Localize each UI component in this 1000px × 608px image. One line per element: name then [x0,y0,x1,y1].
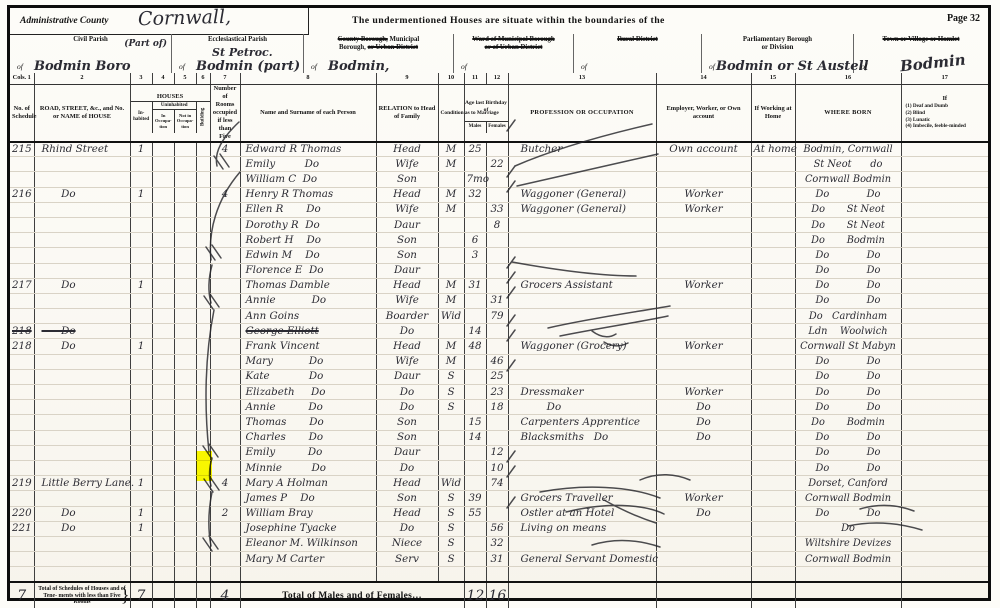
cell-col-15 [751,157,795,172]
cell-col-4 [152,263,174,278]
cell-col-8: George Elliott [240,324,376,339]
cell-col-2 [34,552,130,567]
town-village-of: of [861,62,867,71]
header-relation: RELATION to Head of Family [376,84,438,142]
cell-col-8: Florence E Do [240,263,376,278]
cell-col-13 [508,354,656,369]
cell-col-13 [508,460,656,475]
cell-col-1 [10,567,34,582]
cell-col-13 [508,217,656,232]
table-row: Kate DoDaurS25Do Do [10,369,988,384]
header-schedule-no: No. of Schedule [10,84,34,142]
cell-col-7 [210,521,240,536]
cell-col-10 [438,248,464,263]
cell-col-5 [174,506,196,521]
cell-col-14 [656,460,751,475]
cell-col-3 [130,324,152,339]
header-inhabited: In-habited [131,102,152,133]
municipal-borough-label-line2: Borough, or Urban District [304,44,453,52]
cell-col-6 [196,157,210,172]
cell-col-10: S [438,536,464,551]
header-name-surname: Name and Surname of each Person [240,84,376,142]
cell-col-12: 23 [486,385,508,400]
cell-col-1 [10,369,34,384]
cell-empty [751,582,795,608]
cell-col-9: Head [376,278,438,293]
cell-col-16: Do St Neot [795,217,901,232]
cell-col-8: Frank Vincent [240,339,376,354]
cell-col-8: Ann Goins [240,309,376,324]
cell-col-6 [196,536,210,551]
cell-col-16: Cornwall Bodmin [795,552,901,567]
col-number: 3 [130,73,152,84]
cell-col-9: Son [376,248,438,263]
cell-col-13 [508,536,656,551]
district-cell-town-village: Town or Village or Hamlet of Bodmin [854,34,988,73]
table-row: Mary DoWifeM46Do Do [10,354,988,369]
cell-col-14 [656,445,751,460]
cell-col-7 [210,172,240,187]
cell-col-6 [196,187,210,202]
cell-col-15 [751,309,795,324]
census-sheet-scan: { "header": { "admin_label": "Administra… [0,0,1000,608]
cell-col-7 [210,157,240,172]
cell-col-4 [152,217,174,232]
table-row: Eleanor M. WilkinsonNieceS32Wiltshire De… [10,536,988,551]
cell-col-5 [174,157,196,172]
cell-col-3 [130,369,152,384]
cell-col-8: Thomas Damble [240,278,376,293]
cell-col-15 [751,339,795,354]
cell-col-6 [196,142,210,157]
cell-col-10: M [438,157,464,172]
scan-background: Administrative County Cornwall, The unde… [0,0,1000,608]
cell-col-4 [152,202,174,217]
civil-parish-of: of [17,62,23,71]
cell-col-6 [196,400,210,415]
table-row: 217 Do1Thomas DambleHeadM31Grocers Assis… [10,278,988,293]
cell-col-3 [130,445,152,460]
cell-col-16: Dorset, Canford [795,476,901,491]
cell-col-3 [130,293,152,308]
cell-col-13 [508,567,656,582]
table-row: 220 Do12William BrayHeadS55Ostler at an … [10,506,988,521]
ward-of: of [461,62,467,71]
cell-col-6 [196,324,210,339]
cell-col-17 [901,293,988,308]
cell-col-5 [174,536,196,551]
cell-col-1 [10,217,34,232]
cell-col-11 [464,202,486,217]
cell-col-13: Do [508,400,656,415]
cell-col-17 [901,415,988,430]
cell-col-9: Niece [376,536,438,551]
cell-col-9 [376,567,438,582]
district-cell-parliamentary-borough: Parliamentary Borough or Division of Bod… [702,34,854,73]
administrative-county-box: Administrative County Cornwall, [10,8,309,35]
cell-col-15 [751,415,795,430]
header-uninhabited-group: Uninhabited In Occupa-tion Not in Occupa… [152,102,196,133]
header-working-at-home: If Working at Home [751,84,795,142]
cell-col-13 [508,369,656,384]
census-table: Cols. 1234567891011121314151617 No. of S… [10,73,988,608]
cell-col-10 [438,324,464,339]
cell-col-4 [152,293,174,308]
cell-col-4 [152,415,174,430]
cell-col-7 [210,309,240,324]
cell-col-15 [751,552,795,567]
cell-col-11: 25 [464,142,486,157]
cell-col-6 [196,369,210,384]
cell-col-9: Son [376,415,438,430]
cell-col-5 [174,233,196,248]
cell-col-9: Daur [376,217,438,232]
cell-col-12 [486,263,508,278]
cell-col-9: Wife [376,293,438,308]
cell-col-9: Head [376,142,438,157]
cell-col-6 [196,202,210,217]
cell-col-13 [508,157,656,172]
cell-col-7 [210,354,240,369]
cell-col-11: 31 [464,278,486,293]
cell-col-12: 22 [486,157,508,172]
cell-col-10: S [438,385,464,400]
cell-col-8: William C Do [240,172,376,187]
table-row: Thomas DoSon15Carpenters ApprenticeDoDo … [10,415,988,430]
cell-col-6 [196,248,210,263]
cell-col-1 [10,354,34,369]
cell-col-11 [464,476,486,491]
cell-col-4 [152,400,174,415]
cell-col-11: 7mo [464,172,486,187]
cell-col-12 [486,248,508,263]
cell-col-2: Do [34,521,130,536]
cell-col-2 [34,202,130,217]
cell-col-5 [174,217,196,232]
cell-col-4 [152,491,174,506]
col-number: 12 [486,73,508,84]
cell-col-7 [210,445,240,460]
cell-col-7 [210,400,240,415]
cell-col-6 [196,385,210,400]
total-females-value: 16 [486,582,508,608]
col-number: 10 [438,73,464,84]
ecclesiastical-parish-of: of [179,62,185,71]
cell-col-17 [901,263,988,278]
cell-col-3 [130,552,152,567]
cell-col-11: 48 [464,339,486,354]
header-profession: PROFESSION OR OCCUPATION [508,84,656,142]
cell-col-9: Do [376,324,438,339]
infirmity-item: (4) Imbecile, feeble-minded [906,123,987,130]
district-cell-ward: Ward of Municipal Borough or of Urban Di… [454,34,574,73]
cell-col-14 [656,552,751,567]
cell-col-15 [751,354,795,369]
cell-col-8: Mary A Holman [240,476,376,491]
cell-col-17 [901,172,988,187]
cell-col-15 [751,476,795,491]
cell-col-14 [656,476,751,491]
cell-col-5 [174,385,196,400]
cell-col-12: 25 [486,369,508,384]
cell-col-16: Wiltshire Devizes [795,536,901,551]
cell-col-1: 218 [10,324,34,339]
total-rooms-value: 4 [210,582,240,608]
cell-col-16: Do Do [795,385,901,400]
cell-col-8: Robert H Do [240,233,376,248]
municipal-word: Municipal [389,36,419,43]
cell-col-9: Wife [376,202,438,217]
cell-col-16: Do St Neot [795,202,901,217]
cell-col-2 [34,415,130,430]
cell-col-1: 216 [10,187,34,202]
cell-col-7 [210,369,240,384]
cell-col-6 [196,430,210,445]
col-number: 11 [464,73,486,84]
cell-col-2 [34,293,130,308]
cell-col-13 [508,233,656,248]
cell-col-7 [210,552,240,567]
table-row: 219Little Berry Lane.14Mary A HolmanHead… [10,476,988,491]
cell-col-4 [152,142,174,157]
rural-district-label: Rural District [574,36,701,44]
cell-col-4 [152,476,174,491]
cell-col-6 [196,278,210,293]
cell-col-4 [152,521,174,536]
cell-col-5 [174,491,196,506]
cell-empty [174,582,196,608]
cell-col-1 [10,248,34,263]
cell-col-10: M [438,187,464,202]
cell-col-6 [196,233,210,248]
cell-col-17 [901,460,988,475]
cell-col-8: Mary M Carter [240,552,376,567]
cell-col-10: M [438,354,464,369]
cell-col-10: S [438,400,464,415]
cell-col-5 [174,278,196,293]
cell-col-3 [130,415,152,430]
cell-col-17 [901,385,988,400]
cell-col-10: S [438,491,464,506]
cell-col-1 [10,400,34,415]
municipal-borough-of: of [311,62,317,71]
cell-col-11: 39 [464,491,486,506]
cell-col-8: Thomas Do [240,415,376,430]
cell-col-4 [152,567,174,582]
cell-col-17 [901,233,988,248]
table-row: Florence E DoDaurDo Do [10,263,988,278]
cell-col-7: 2 [210,506,240,521]
district-cell-municipal-borough: County Borough, Municipal Borough, or Ur… [304,34,454,73]
cell-col-9: Head [376,187,438,202]
cell-col-17 [901,400,988,415]
cell-col-8: Henry R Thomas [240,187,376,202]
cell-col-6 [196,309,210,324]
cell-empty [901,582,988,608]
cell-col-17 [901,354,988,369]
cell-col-9: Son [376,172,438,187]
cell-col-17 [901,202,988,217]
cell-col-13: Grocers Traveller [508,491,656,506]
cell-col-8: Annie Do [240,400,376,415]
cell-col-14: Worker [656,491,751,506]
cell-col-7 [210,217,240,232]
table-row: Mary M CarterServS31General Servant Dome… [10,552,988,567]
cell-col-14 [656,521,751,536]
ecclesiastical-parish-label: Ecclesiastical Parish [172,36,303,44]
header-infirmities-list: (1) Deaf and Dumb(2) Blind(3) Lunatic(4)… [904,103,987,130]
cell-col-5 [174,142,196,157]
cell-col-11: 6 [464,233,486,248]
cell-col-16: Do Do [795,400,901,415]
cell-col-2 [34,567,130,582]
cell-col-11 [464,400,486,415]
cell-col-15 [751,567,795,582]
cell-col-11 [464,217,486,232]
cell-col-8: Dorothy R Do [240,217,376,232]
cell-col-17 [901,430,988,445]
cell-col-16: Cornwall St Mabyn [795,339,901,354]
cell-col-16: Do Do [795,460,901,475]
cell-col-4 [152,536,174,551]
cell-col-11 [464,385,486,400]
cell-col-2: Do [34,324,130,339]
cell-col-8: Minnie Do [240,460,376,475]
cell-col-4 [152,187,174,202]
cell-col-8: Emily Do [240,157,376,172]
cell-col-14: Do [656,506,751,521]
cell-col-7 [210,202,240,217]
cell-col-17 [901,536,988,551]
cell-col-8: Elizabeth Do [240,385,376,400]
cell-col-11 [464,263,486,278]
cell-col-2 [34,400,130,415]
cell-col-15 [751,248,795,263]
cell-col-6 [196,293,210,308]
total-males-females-label: Total of Males and of Females… [240,582,464,608]
cell-col-8: Annie Do [240,293,376,308]
cell-col-6 [196,172,210,187]
cell-col-13: Blacksmiths Do [508,430,656,445]
cell-col-10 [438,445,464,460]
cell-col-8: William Bray [240,506,376,521]
cell-col-11 [464,460,486,475]
cell-col-13: Living on means [508,521,656,536]
cell-col-6 [196,354,210,369]
cell-col-12 [486,430,508,445]
cell-col-11 [464,445,486,460]
cell-col-9: Daur [376,263,438,278]
cell-col-1 [10,233,34,248]
cell-col-6 [196,567,210,582]
cell-col-12: 8 [486,217,508,232]
totals-row: 7 Total of Schedules of Houses and of Te… [10,582,988,608]
cell-col-1 [10,385,34,400]
cell-col-17 [901,491,988,506]
cell-col-1: 221 [10,521,34,536]
cell-col-15 [751,521,795,536]
cell-col-5 [174,400,196,415]
col-number: 7 [210,73,240,84]
cell-col-7 [210,460,240,475]
cell-col-7 [210,293,240,308]
cell-col-2 [34,445,130,460]
cell-col-9: Son [376,233,438,248]
cell-col-15 [751,187,795,202]
cell-col-12: 46 [486,354,508,369]
cell-col-14 [656,233,751,248]
infirmity-item: (2) Blind [906,110,987,117]
cell-col-5 [174,415,196,430]
cell-col-14 [656,536,751,551]
cell-col-8: James P Do [240,491,376,506]
col-number: 17 [901,73,988,84]
cell-col-14: Do [656,415,751,430]
cell-col-5 [174,445,196,460]
cell-col-7 [210,491,240,506]
cell-col-13: Butcher [508,142,656,157]
cell-col-3 [130,385,152,400]
table-row: Annie DoDoS18 DoDoDo Do [10,400,988,415]
cell-col-3 [130,491,152,506]
cell-col-2 [34,369,130,384]
cell-col-3 [130,263,152,278]
cell-col-5 [174,324,196,339]
cell-col-5 [174,187,196,202]
cell-col-16: Do Do [795,293,901,308]
cell-col-9: Do [376,460,438,475]
cell-col-4 [152,460,174,475]
cell-col-3 [130,309,152,324]
cell-col-7 [210,430,240,445]
civil-parish-note: (Part of) [124,39,167,50]
rural-district-of: of [581,62,587,71]
header-uninhabited-title: Uninhabited [153,102,196,110]
cell-col-16: Do Do [795,445,901,460]
parliamentary-of: of [709,62,715,71]
header-males: Males [465,122,487,133]
cell-col-12: 12 [486,445,508,460]
cell-col-2 [34,248,130,263]
cell-col-7 [210,263,240,278]
cell-col-11 [464,293,486,308]
total-males-value: 12 [464,582,486,608]
cell-col-17 [901,476,988,491]
cell-col-16: Do Do [795,263,901,278]
cell-col-9: Daur [376,445,438,460]
cell-col-4 [152,445,174,460]
cell-col-16: Cornwall Bodmin [795,172,901,187]
cell-col-10 [438,430,464,445]
cell-col-12 [486,567,508,582]
cell-col-17 [901,369,988,384]
cell-col-3 [130,400,152,415]
cell-col-5 [174,248,196,263]
cell-col-12: 18 [486,400,508,415]
cell-col-5 [174,430,196,445]
cell-col-9: Boarder [376,309,438,324]
cell-col-12 [486,142,508,157]
header-females: Females [487,122,508,133]
table-row: 218 DoGeorge ElliottDo14Ldn Woolwich [10,324,988,339]
cell-col-10: S [438,369,464,384]
cell-col-13: General Servant Domestic [508,552,656,567]
table-row: Edwin M DoSon3Do Do [10,248,988,263]
cell-col-5 [174,460,196,475]
cell-col-16: Do Bodmin [795,415,901,430]
cell-col-12: 31 [486,293,508,308]
table-row: Elizabeth DoDoS23DressmakerWorkerDo Do [10,385,988,400]
